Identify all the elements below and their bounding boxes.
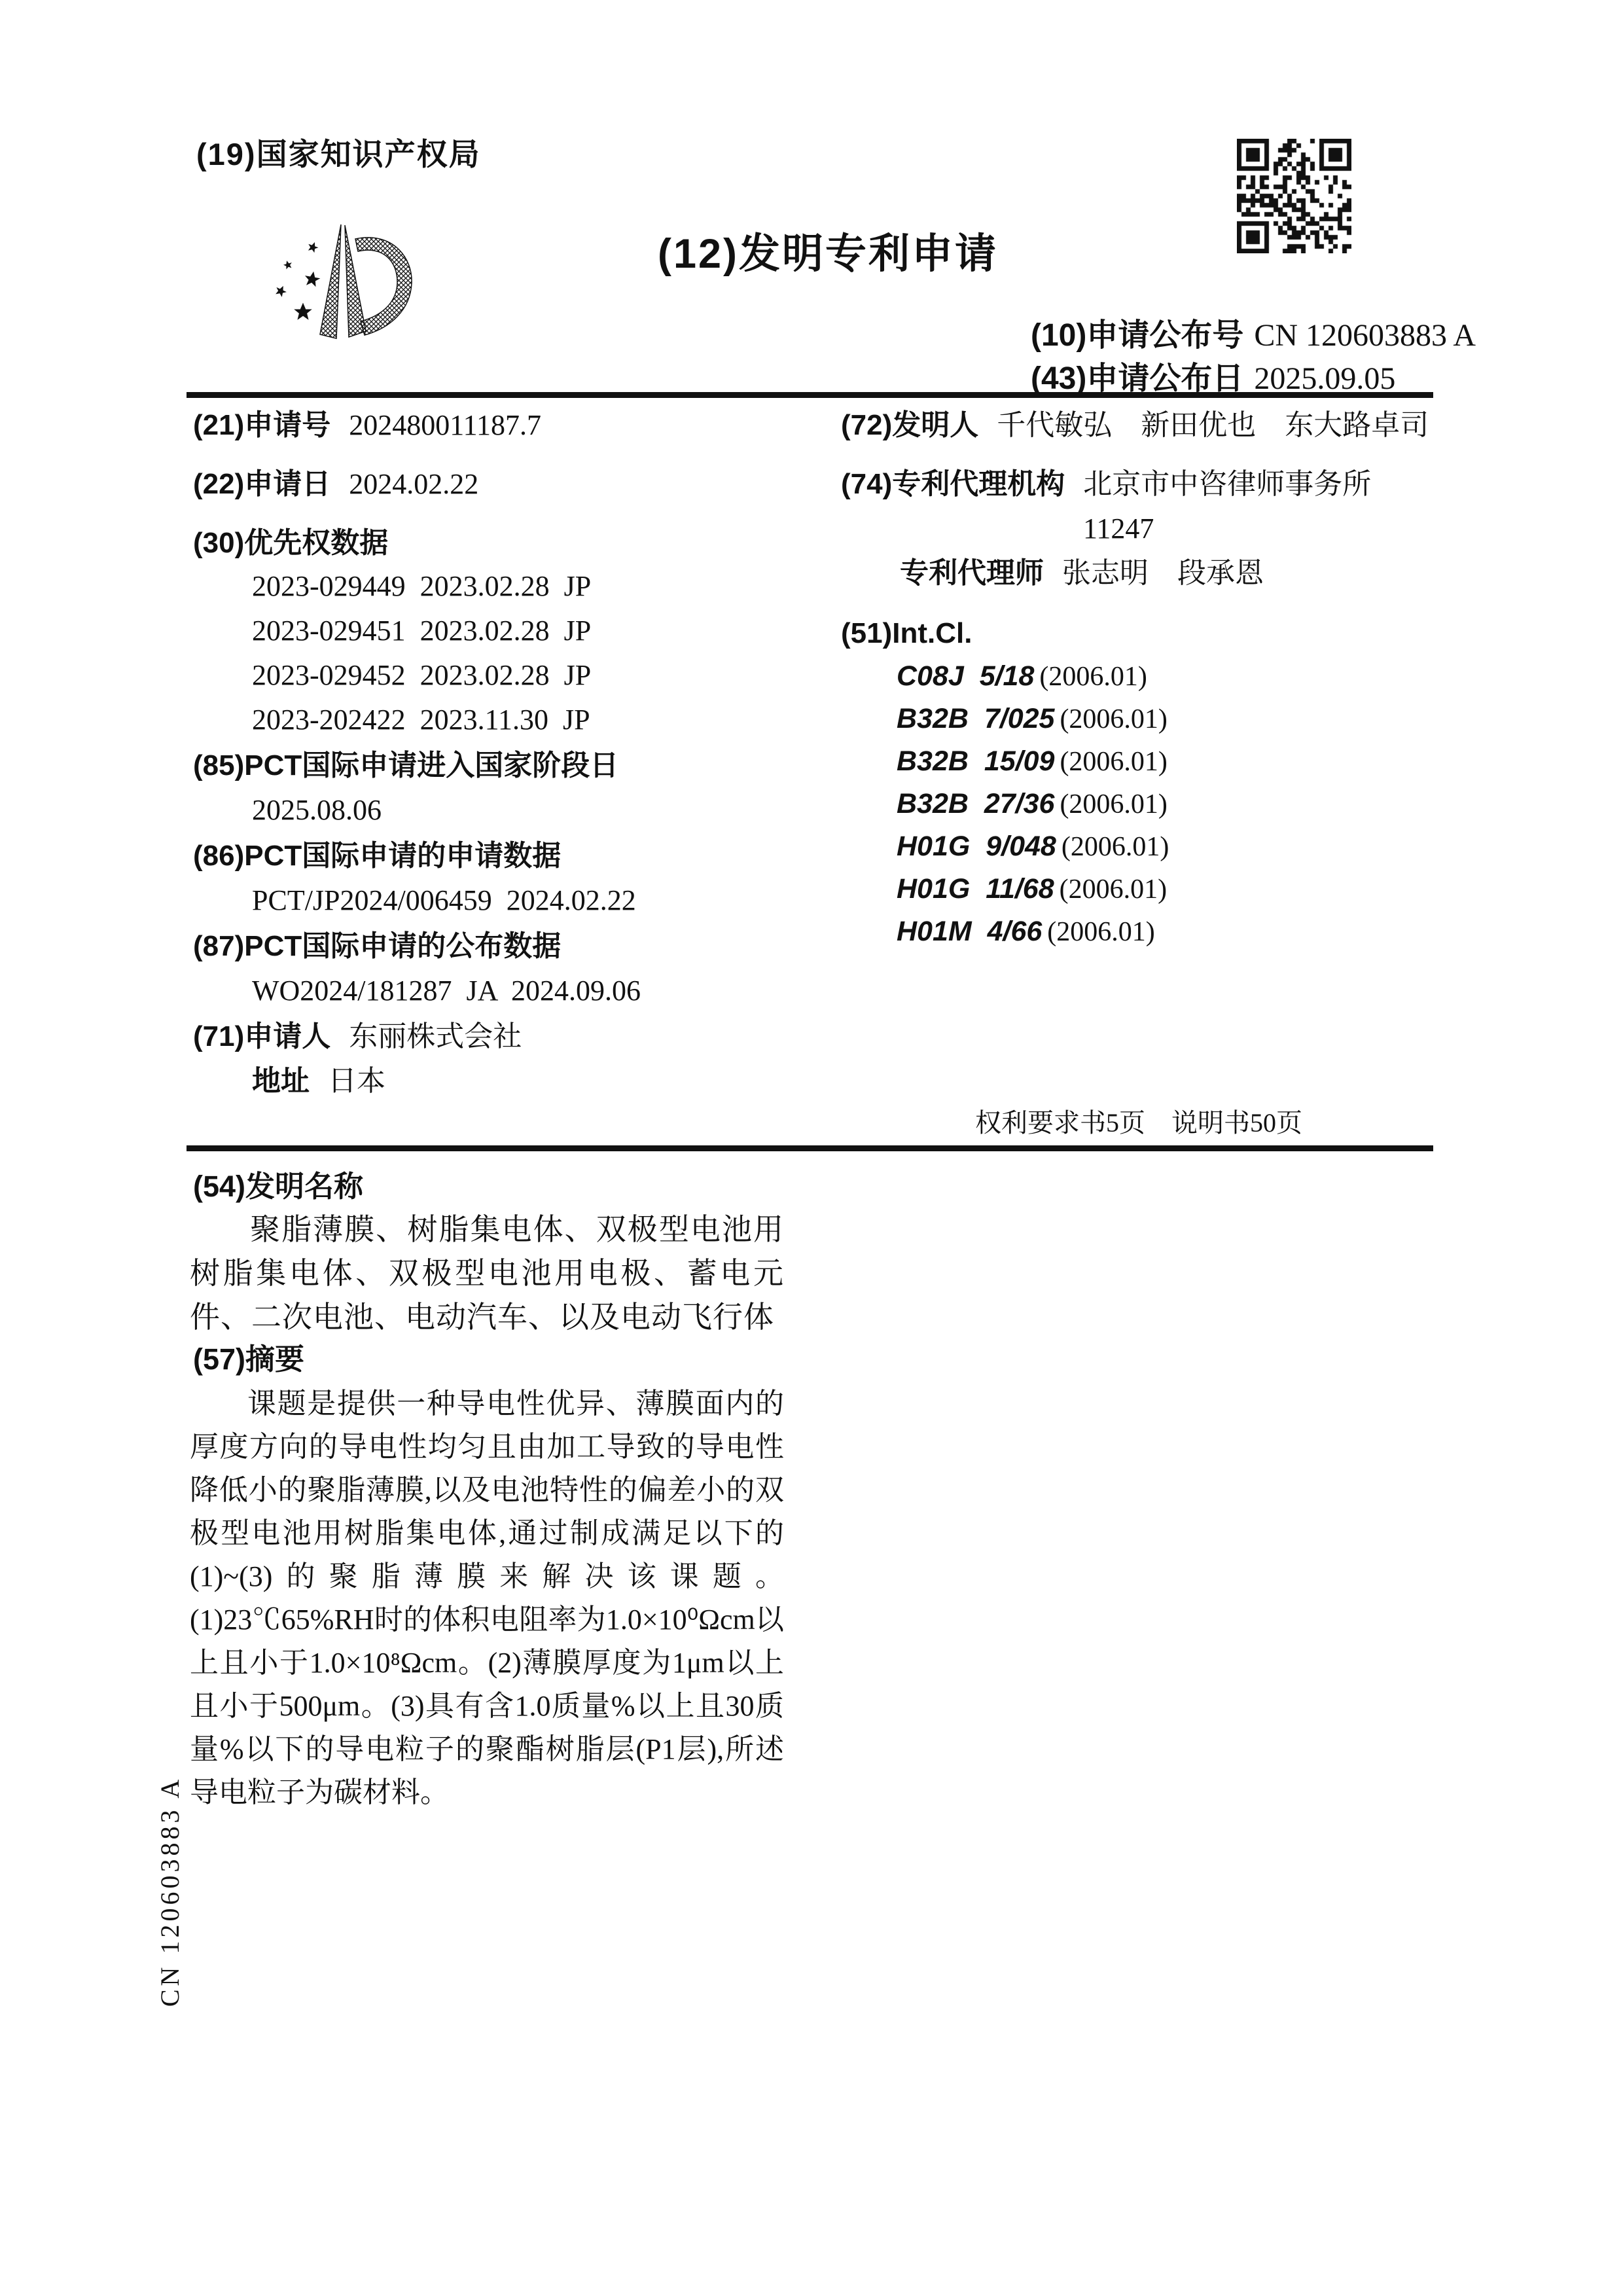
patent-front-page: (19)国家知识产权局 (12)发明专利申请 (10)申请公布号 CN 1206… xyxy=(0,0,1623,2296)
application-date-label: (22)申请日 xyxy=(193,466,330,502)
application-date-value: 2024.02.22 xyxy=(349,466,478,502)
header-divider-rule xyxy=(187,392,1433,398)
cnipa-logo-icon xyxy=(273,223,414,341)
ipc-code: H01G 11/68 xyxy=(897,872,1054,906)
invention-title-text: 聚脂薄膜、树脂集电体、双极型电池用树脂集电体、双极型电池用电极、蓄电元件、二次电… xyxy=(190,1208,784,1339)
abstract-text: 课题是提供一种导电性优异、薄膜面内的厚度方向的导电性均匀且由加工导致的导电性降低… xyxy=(190,1382,784,1814)
pct-national-entry-line: (85)PCT国际申请进入国家阶段日 xyxy=(193,747,618,783)
pct-national-entry-date: 2025.08.06 xyxy=(252,792,382,828)
priority-entry: 2023-202422 2023.11.30 JP xyxy=(252,702,590,738)
qr-code-icon xyxy=(1237,139,1351,253)
page-counts-note: 权利要求书5页 说明书50页 xyxy=(975,1107,1302,1139)
body-divider-rule xyxy=(187,1145,1433,1151)
address-label: 地址 xyxy=(252,1063,310,1099)
priority-entry: 2023-029452 2023.02.28 JP xyxy=(252,657,591,693)
ipc-entry: H01G 9/048 (2006.01) xyxy=(897,830,1169,864)
ipc-code: H01G 9/048 xyxy=(897,830,1056,864)
priority-data-line: (30)优先权数据 xyxy=(193,525,388,561)
patent-agent-line: 专利代理师 张志明 段承恩 xyxy=(900,555,1264,591)
applicant-label: (71)申请人 xyxy=(193,1018,330,1054)
publication-number-line: (10)申请公布号 CN 120603883 A xyxy=(1031,316,1476,355)
patent-agent-label: 专利代理师 xyxy=(900,555,1044,591)
ipc-entry: B32B 27/36 (2006.01) xyxy=(897,787,1168,821)
priority-entry-value: 2023-029449 2023.02.28 JP xyxy=(252,568,591,604)
ipc-version: (2006.01) xyxy=(1060,703,1167,736)
application-date-line: (22)申请日 2024.02.22 xyxy=(193,466,478,502)
publication-number-value: CN 120603883 A xyxy=(1254,316,1476,355)
ipc-version: (2006.01) xyxy=(1060,788,1167,821)
pct-application-data-line: (86)PCT国际申请的申请数据 xyxy=(193,838,561,874)
ipc-code: C08J 5/18 xyxy=(897,660,1034,694)
pct-application-data: PCT/JP2024/006459 2024.02.22 xyxy=(252,882,636,918)
patent-agency-code-line: 11247 xyxy=(1083,511,1154,547)
applicant-address-line: 地址 日本 xyxy=(252,1063,385,1099)
patent-office-name: (19)国家知识产权局 xyxy=(196,136,481,173)
ipc-entry: H01M 4/66 (2006.01) xyxy=(897,915,1155,949)
ipc-code: H01M 4/66 xyxy=(897,915,1042,949)
pct-national-entry-label: (85)PCT国际申请进入国家阶段日 xyxy=(193,747,618,783)
priority-entry: 2023-029449 2023.02.28 JP xyxy=(252,568,591,604)
ipc-version: (2006.01) xyxy=(1060,873,1167,906)
pct-national-entry-value: 2025.08.06 xyxy=(252,792,382,828)
ipc-version: (2006.01) xyxy=(1060,745,1167,778)
pct-publication-data-line: (87)PCT国际申请的公布数据 xyxy=(193,928,561,964)
abstract-label: (57)摘要 xyxy=(193,1342,304,1377)
pct-publication-data: WO2024/181287 JA 2024.09.06 xyxy=(252,973,641,1009)
patent-agency-line: (74)专利代理机构 北京市中咨律师事务所 xyxy=(841,466,1371,502)
pct-application-data-label: (86)PCT国际申请的申请数据 xyxy=(193,838,561,874)
ipc-code: B32B 7/025 xyxy=(897,702,1054,736)
priority-entry-value: 2023-029452 2023.02.28 JP xyxy=(252,657,591,693)
ipc-code: B32B 15/09 xyxy=(897,745,1054,779)
logo-stars xyxy=(274,240,321,319)
application-number-line: (21)申请号 202480011187.7 xyxy=(193,407,541,443)
int-cl-label: (51)Int.Cl. xyxy=(841,615,972,651)
ipc-entry: B32B 15/09 (2006.01) xyxy=(897,745,1168,779)
publication-number-label: (10)申请公布号 xyxy=(1031,316,1243,355)
ipc-version: (2006.01) xyxy=(1039,660,1147,693)
ipc-entry: C08J 5/18 (2006.01) xyxy=(897,660,1147,694)
int-cl-line: (51)Int.Cl. xyxy=(841,615,972,651)
invention-title-label: (54)发明名称 xyxy=(193,1169,363,1204)
ipc-version: (2006.01) xyxy=(1047,916,1154,948)
side-publication-number: CN 120603883 A xyxy=(154,1741,187,2042)
ipc-version: (2006.01) xyxy=(1061,831,1169,863)
patent-agency-code: 11247 xyxy=(1083,511,1154,547)
pct-publication-data-label: (87)PCT国际申请的公布数据 xyxy=(193,928,561,964)
applicant-name: 东丽株式会社 xyxy=(349,1018,522,1054)
inventors-line: (72)发明人 千代敏弘 新田优也 东大路卓司 xyxy=(841,407,1429,443)
ipc-entry: H01G 11/68 (2006.01) xyxy=(897,872,1167,906)
ipc-code: B32B 27/36 xyxy=(897,787,1054,821)
applicant-line: (71)申请人 东丽株式会社 xyxy=(193,1018,522,1054)
patent-agency-label: (74)专利代理机构 xyxy=(841,466,1065,502)
patent-agent-names: 张志明 段承恩 xyxy=(1062,555,1264,591)
priority-data-label: (30)优先权数据 xyxy=(193,525,388,561)
priority-entry: 2023-029451 2023.02.28 JP xyxy=(252,613,591,649)
priority-entry-value: 2023-029451 2023.02.28 JP xyxy=(252,613,591,649)
patent-agency-name: 北京市中咨律师事务所 xyxy=(1083,466,1371,502)
address-value: 日本 xyxy=(328,1063,385,1099)
application-number-value: 202480011187.7 xyxy=(349,407,541,443)
ipc-entry: B32B 7/025 (2006.01) xyxy=(897,702,1168,736)
logo-brush-strokes xyxy=(320,224,412,338)
document-type-title: (12)发明专利申请 xyxy=(658,230,998,278)
inventors-label: (72)发明人 xyxy=(841,407,978,443)
application-number-label: (21)申请号 xyxy=(193,407,330,443)
priority-entry-value: 2023-202422 2023.11.30 JP xyxy=(252,702,590,738)
inventors-names: 千代敏弘 新田优也 东大路卓司 xyxy=(997,407,1429,443)
pct-publication-data-value: WO2024/181287 JA 2024.09.06 xyxy=(252,973,641,1009)
pct-application-data-value: PCT/JP2024/006459 2024.02.22 xyxy=(252,882,636,918)
